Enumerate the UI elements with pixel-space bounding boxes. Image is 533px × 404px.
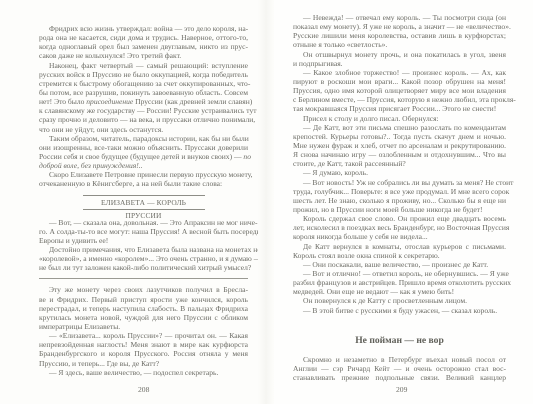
text-line: Таким образом, читатель, парадоксы истор… — [39, 134, 248, 143]
text-line: Он отшвырнул монету прочь, и она покатил… — [293, 50, 506, 59]
text-line: рода она не касается, сиди дома и трудис… — [39, 33, 248, 42]
page-number-left: 208 — [138, 385, 149, 394]
text-line: императрицы Елизаветы. — [39, 322, 248, 331]
text-line: — Я здесь, ваше величество, — подоспел с… — [39, 368, 248, 377]
text-line: шесть лет. Не знаю, сколько я проживу, н… — [293, 196, 506, 205]
text-line: России себя и свое будущее (будущее дете… — [39, 152, 248, 161]
italic-word: по — [243, 152, 251, 161]
text-line: Пруссия, одно имя которой олицетворяет м… — [293, 86, 506, 95]
left-paragraphs-b: к славянскому же государству — России! Р… — [39, 106, 248, 152]
left-page-text: Фридрих всю жизнь утверждал: война — это… — [39, 24, 248, 377]
text-line: — Я думаю, король. — [293, 168, 506, 177]
text-line: «королевой», а именно «королем»... Это о… — [39, 254, 248, 263]
text-line: го. А солда-ты-то все могут: наша Прусси… — [39, 227, 248, 236]
text-line: разбил французов и австрийцев. Пришло вр… — [293, 278, 506, 287]
text-line: — Они поскакали, ваше величество, — прои… — [293, 260, 506, 269]
text-line: Скромно и незаметно в Петербург въехал н… — [293, 355, 506, 364]
text-line: Эту же монету через своих лазутчиков пол… — [39, 285, 248, 294]
text-line: короля никогда больше у себя не видела..… — [293, 232, 506, 241]
text-line: станавливать прежние подпольные связи. В… — [293, 373, 506, 382]
italic-word: присоединение — [86, 97, 133, 106]
text-line: не был ли тут заложен какой-либо политич… — [39, 263, 248, 272]
text-line: Мне нужен фураж и хлеб, отчет по арсенал… — [293, 141, 506, 150]
text-line: отчеканенную в Кёнигсберге, а на ней был… — [39, 179, 248, 188]
text-line: ве и Фридрих. Первый приступ ярости уже … — [39, 295, 248, 304]
chapter-title: Не пойман — не вор — [293, 335, 506, 347]
left-paragraphs-d: — Вот, — сказала она, довольная. — Это А… — [39, 218, 248, 273]
text-line: — Вот новость! Уж не собрались ли вы дум… — [293, 178, 506, 187]
left-paragraphs-a: Фридрих всю жизнь утверждал: война — это… — [39, 24, 248, 97]
right-paragraphs-b: Скромно и незаметно в Петербург въехал н… — [293, 355, 506, 382]
text-line: Достойно примечания, что Елизавета была … — [39, 245, 248, 254]
left-paragraphs-e: Эту же монету через своих лазутчиков пол… — [39, 285, 248, 376]
text-line: саков даже не колыхнулся! Это третий фак… — [39, 51, 248, 60]
text-line: Король сдержал свое слово. Он прожил еще… — [293, 214, 506, 223]
text-line: с Берлином вместе, — Пруссия, которую я … — [293, 95, 506, 104]
text-line: перестрадал, и теперь наступила слабость… — [39, 304, 248, 313]
text-line: отныне я только «светлость». — [293, 40, 506, 49]
right-page: — Невежда! — отвечал ему король. — Ты по… — [266, 0, 533, 404]
book-spread: Фридрих всю жизнь утверждал: война — это… — [0, 0, 533, 404]
text-line: Бранденбургского и короля Прусского. Рос… — [39, 349, 248, 358]
text-line: они изощренны, все-таки можно объяснить.… — [39, 143, 248, 152]
text-line: Фридрих всю жизнь утверждал: война — это… — [39, 24, 248, 33]
left-paragraphs-c: Скоро Елизавете Петровне принесли первую… — [39, 170, 248, 188]
text-line: Де Катт вернулся в комнаты, отослав курь… — [293, 242, 506, 251]
text-line: что они не уйдут, они здесь останутся. — [39, 125, 248, 134]
text-line: медведей. Они еще не ведают — как я умею… — [293, 287, 506, 296]
text-line: Пруссию, и теперь... Где вы, де Катт? — [39, 359, 248, 368]
text-line: к славянскому же государству — России! Р… — [39, 106, 248, 115]
text-line: пируют в роскоши мои враги... Какой позо… — [293, 77, 506, 86]
text-line: Я снова начинаю игру — озлобленным и отд… — [293, 150, 506, 159]
text-line: крутилась монета новой, чуждой для него … — [39, 313, 248, 322]
text-line: Европы и удивить ее! — [39, 236, 248, 245]
text-line: — Вот и отлично! — ответил король, не об… — [293, 269, 506, 278]
right-page-text: — Невежда! — отвечал ему король. — Ты по… — [293, 13, 506, 382]
text-line: лет, исколесил в поездках весь Бранденбу… — [293, 223, 506, 232]
text-line: непревзойденная наглость! Меня знают в м… — [39, 340, 248, 349]
text-line: — Невежда! — отвечал ему король. — Ты по… — [293, 13, 506, 22]
text-line: стоите, де Катт, такой рассеянный? — [293, 159, 506, 168]
text-line: — В этой битве с русскими я буду ужасен,… — [293, 306, 506, 315]
book-gutter — [258, 0, 274, 404]
page-number-right: 209 — [396, 385, 407, 394]
text-line: нет! Это было присоединение Пруссии (как… — [39, 97, 248, 106]
text-line: Скоро Елизавете Петровне принесли первую… — [39, 170, 248, 179]
text-line: Король стоял возле окна спиной к секрета… — [293, 251, 506, 260]
text-line: — Какое злобное торжество! — произнес ко… — [293, 68, 506, 77]
text-line: тая мокравшаяся Пруссия присягает России… — [293, 104, 506, 113]
text-line: труда, голубчик... Поверьте: я все уже п… — [293, 187, 506, 196]
text-line: крепостей. Курьеры готовы?.. Тогда пусть… — [293, 132, 506, 141]
text-line-italic: доброй воле, без принуждения!.. — [39, 161, 248, 170]
text-line: Англии — сэр Ричард Кейт — и очень остор… — [293, 364, 506, 373]
right-paragraphs-a: — Невежда! — отвечал ему король. — Ты по… — [293, 13, 506, 315]
left-page: Фридрих всю жизнь утверждал: война — это… — [0, 0, 266, 404]
text-line: прожил, но в Пруссии ноги моей больше ни… — [293, 205, 506, 214]
text-line: — Де Катт, вот эти письма спешно разосла… — [293, 123, 506, 132]
text-line: Он повернулся к де Катту с просветленным… — [293, 296, 506, 305]
text-line: стремится к быстрому обогащению за счет … — [39, 79, 248, 88]
text-line: Наконец, факт четвертый — самый решающий… — [39, 61, 248, 70]
text-line: Русские лишили меня королевства, оставив… — [293, 31, 506, 40]
text-line: Присел к столу и долго писал. Обернулся: — [293, 114, 506, 123]
text-line: сразу прочно и деловито — на века, и пру… — [39, 115, 248, 124]
text-line: показал ему монету). Я уже не король, а … — [293, 22, 506, 31]
text-line: и подпрыгивая. — [293, 59, 506, 68]
text-line: русских войск в Пруссию не было оккупаци… — [39, 70, 248, 79]
text-line: бы потом, все разрушив, покинуть завоева… — [39, 88, 248, 97]
text-line: — «Елизавета... король Пруссии»? — прочи… — [39, 331, 248, 340]
coin-inscription: ЕЛИЗАВЕТА — КОРОЛЬ ПРУССИИ — [83, 195, 205, 210]
section-divider — [39, 278, 248, 279]
text-line: когда одноглавый орел был заменен двугла… — [39, 42, 248, 51]
